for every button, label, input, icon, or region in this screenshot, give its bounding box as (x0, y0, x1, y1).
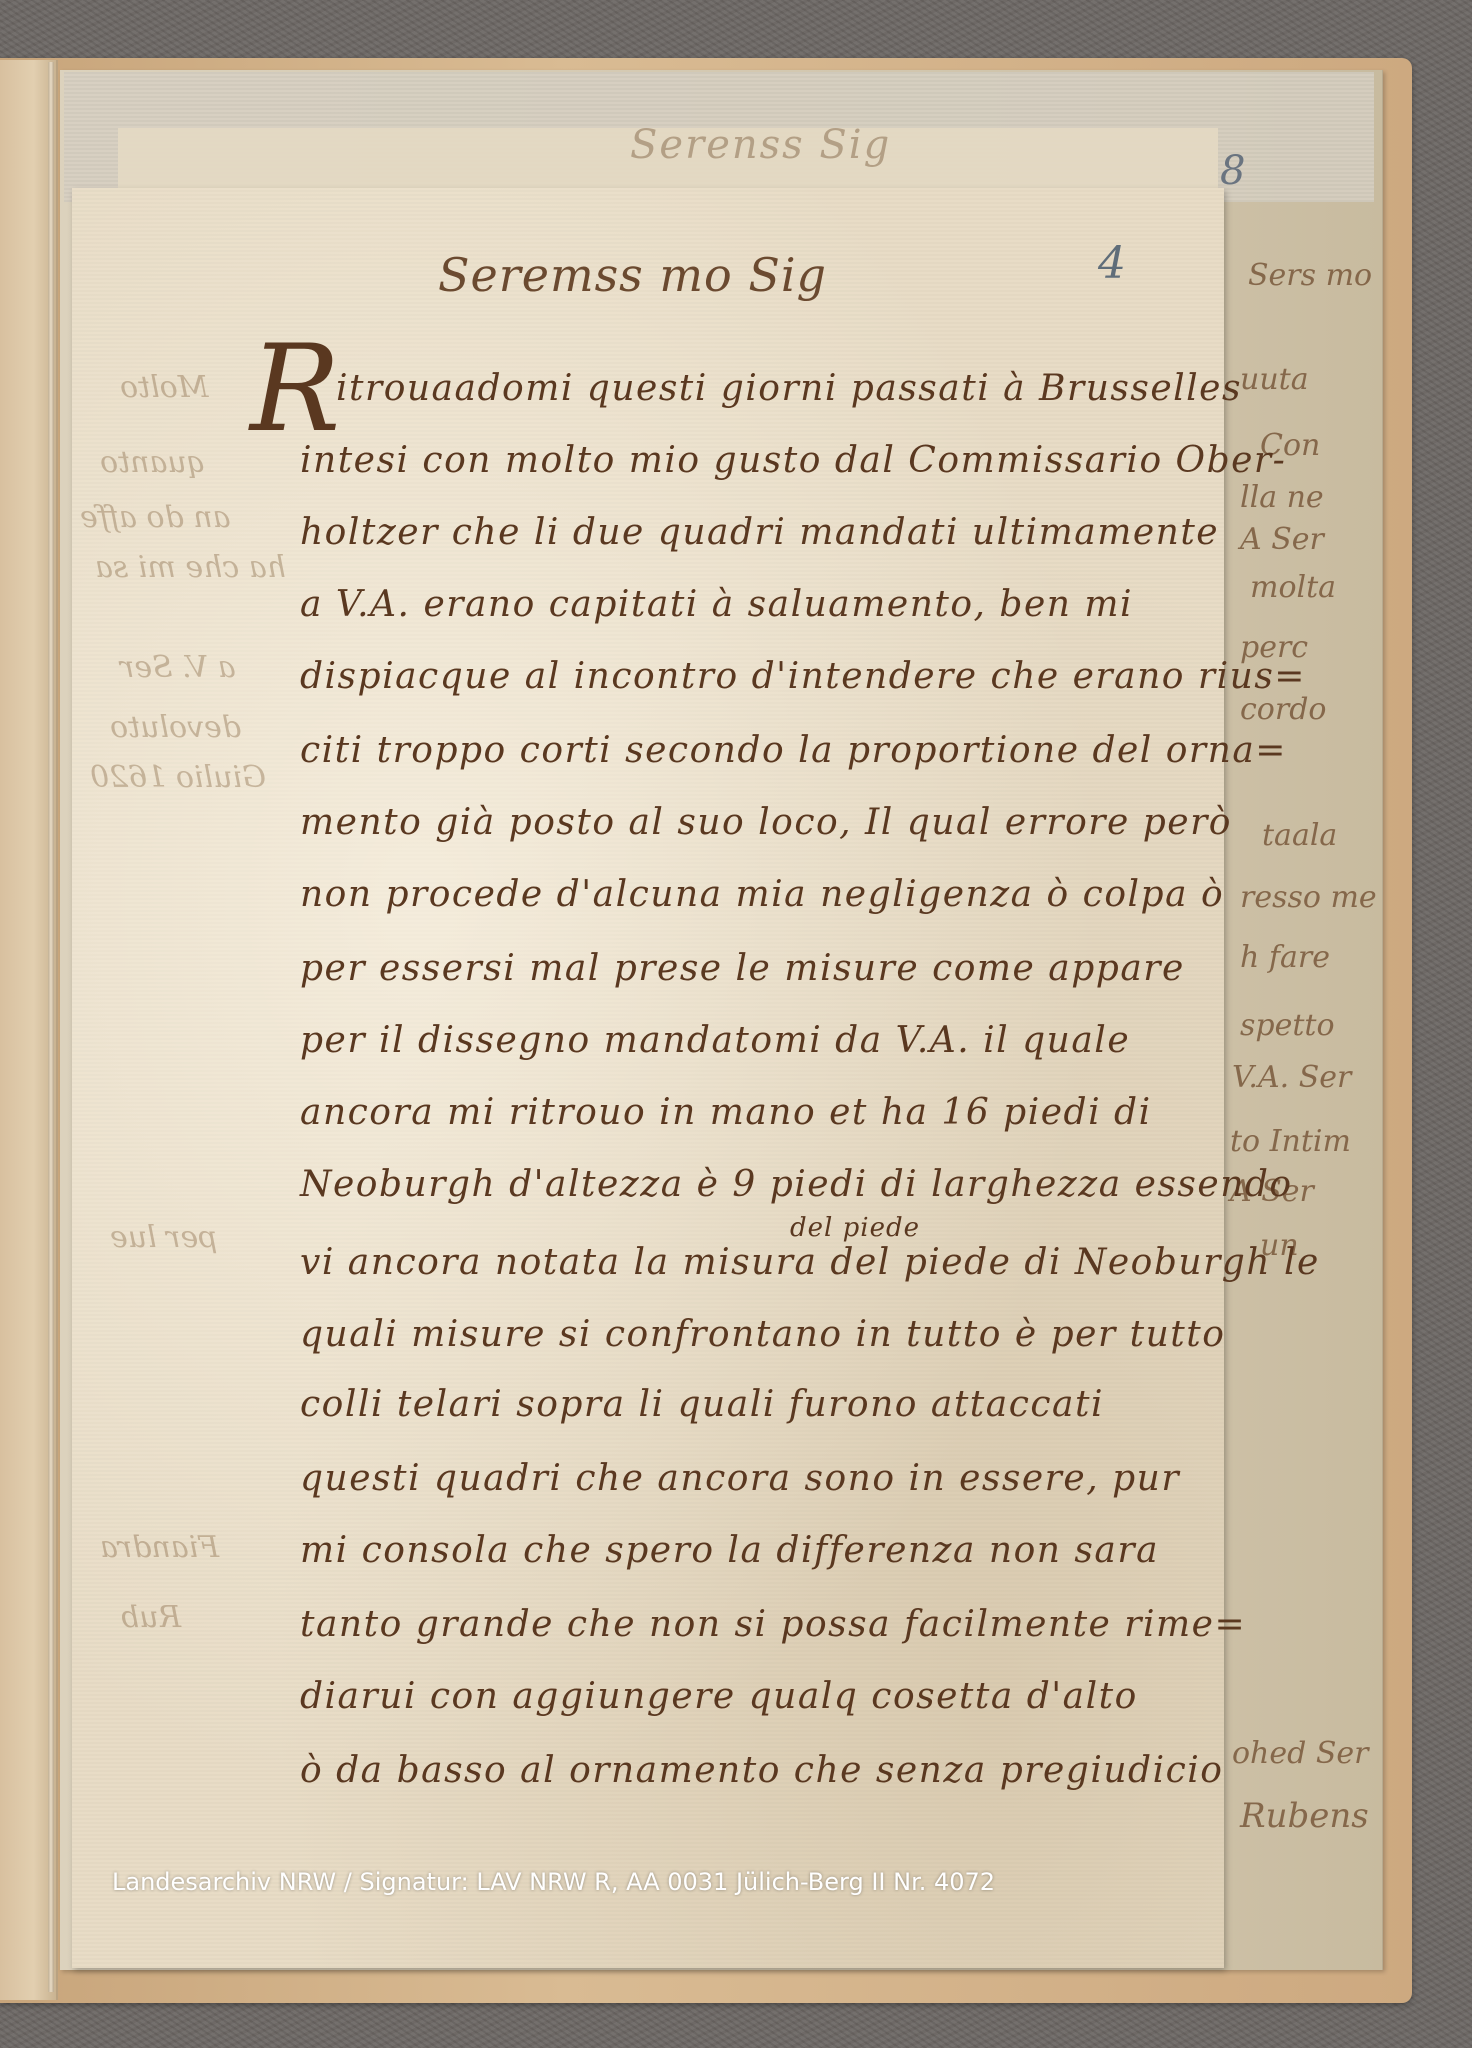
letter-line: ancora mi ritrouo in mano et ha 16 piedi… (300, 1092, 1152, 1133)
initial-letter: R (250, 330, 341, 450)
margin-fragment: ohed Ser (1232, 1736, 1369, 1771)
letter-line: quali misure si confrontano in tutto è p… (300, 1314, 1225, 1355)
interlinear-insertion: del piede (790, 1213, 920, 1243)
margin-fragment: h fare (1240, 940, 1330, 975)
letter-line: per il dissegno mandatomi da V.A. il qua… (300, 1020, 1130, 1061)
folio-number: 4 (1098, 238, 1127, 289)
bleedthrough-fragment: per lue (110, 1220, 218, 1255)
bleedthrough-fragment: devoluto (110, 710, 241, 745)
bleedthrough-fragment: Giulio 1620 (90, 760, 266, 795)
bleedthrough-fragment: Rub (120, 1600, 181, 1635)
margin-fragment: taala (1262, 818, 1337, 853)
letter-line: tanto grande che non si possa facilmente… (300, 1604, 1246, 1645)
margin-fragment: to Intim (1230, 1124, 1351, 1159)
letter-line: a V.A. erano capitati à saluamento, ben … (300, 584, 1133, 625)
faint-header-text: Serenss Sig (630, 122, 891, 168)
margin-fragment: A Ser (1240, 522, 1324, 557)
letter-line: questi quadri che ancora sono in essere,… (300, 1458, 1180, 1499)
bleedthrough-fragment: Fiandra (100, 1530, 219, 1565)
letter-line: non procede d'alcuna mia negligenza ò co… (300, 874, 1224, 915)
margin-fragment: molta (1250, 570, 1336, 605)
margin-fragment: lla ne (1240, 480, 1324, 515)
spine-fold (48, 62, 54, 1992)
margin-fragment: spetto (1240, 1008, 1335, 1043)
bleedthrough-fragment: an do affe (80, 500, 230, 535)
margin-fragment: V.A. Ser (1232, 1060, 1351, 1095)
letter-line: holtzer che li due quadri mandati ultima… (300, 512, 1219, 553)
margin-fragment: uuta (1240, 362, 1309, 397)
letter-line: vi ancora notata la misura del piede di … (300, 1242, 1320, 1283)
letter-line: Neoburgh d'altezza è 9 piedi di larghezz… (300, 1164, 1293, 1205)
margin-fragment: resso me (1240, 880, 1377, 915)
margin-signature: Rubens (1240, 1796, 1369, 1836)
bleedthrough-fragment: ha che mi sa (95, 550, 286, 585)
letter-line: ò da basso al ornamento che senza pregiu… (300, 1750, 1223, 1791)
letter-line: per essersi mal prese le misure come app… (300, 948, 1185, 989)
salutation: Seremss mo Sig (438, 248, 827, 302)
letter-line: itrouaadomi questi giorni passati à Brus… (336, 368, 1242, 409)
letter-line: diarui con aggiungere qualq cosetta d'al… (300, 1676, 1138, 1717)
letter-line: mento già posto al suo loco, Il qual err… (300, 802, 1232, 843)
letter-line: mi consola che spero la differenza non s… (300, 1530, 1159, 1571)
letter-line: colli telari sopra li quali furono attac… (300, 1384, 1104, 1425)
letter-line: intesi con molto mio gusto dal Commissar… (300, 440, 1286, 481)
letter-line: dispiacque al incontro d'intendere che e… (300, 656, 1306, 697)
margin-fragment: Sers mo (1248, 258, 1372, 293)
bleedthrough-fragment: Molto (120, 370, 209, 405)
archive-watermark: Landesarchiv NRW / Signatur: LAV NRW R, … (112, 1868, 995, 1896)
margin-fragment: cordo (1240, 692, 1326, 727)
bleedthrough-fragment: quanto (100, 445, 206, 480)
letter-line: citi troppo corti secondo la proportione… (300, 730, 1287, 771)
bleedthrough-fragment: a V. Ser (120, 650, 236, 685)
